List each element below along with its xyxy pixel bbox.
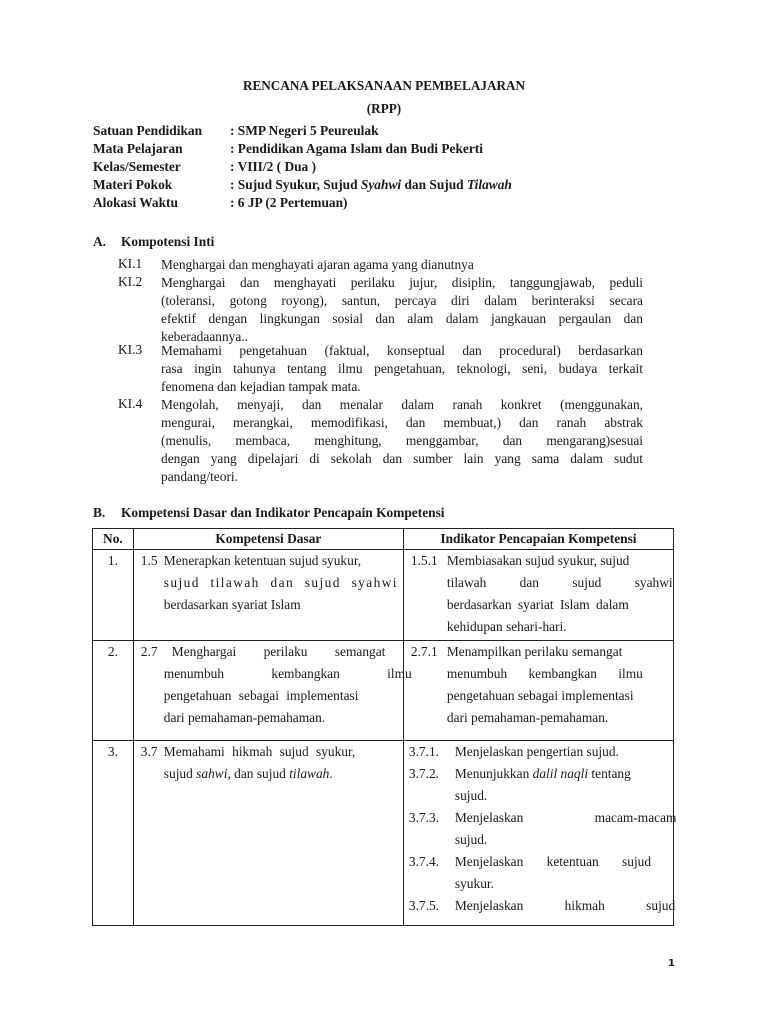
document-title: RENCANA PELAKSANAAN PEMBELAJARAN	[0, 78, 768, 94]
cell-no: 1.	[93, 550, 134, 641]
ki-text: Menghargai dan menghayati perilaku jujur…	[161, 274, 643, 346]
table-row: 3. 3.7 Memahami hikmah sujud syukur, suj…	[93, 741, 674, 926]
table-row: 2. 2.7 Menghargai perilaku semangat menu…	[93, 641, 674, 741]
meta-value-alokasi: : 6 JP (2 Pertemuan)	[230, 195, 348, 211]
cell-kd: 2.7 Menghargai perilaku semangat menumbu…	[133, 641, 403, 741]
ki-label: KI.3	[118, 342, 142, 358]
table-row: 1. 1.5 Menerapkan ketentuan sujud syukur…	[93, 550, 674, 641]
meta-value-satuan: : SMP Negeri 5 Peureulak	[230, 123, 379, 139]
ki-label: KI.2	[118, 274, 142, 290]
page-number: 1	[668, 958, 675, 969]
table-header-row: No. Kompetensi Dasar Indikator Pencapaia…	[93, 529, 674, 550]
cell-no: 3.	[93, 741, 134, 926]
ki-label: KI.4	[118, 396, 142, 412]
cell-indikator: 3.7.1. Menjelaskan pengertian sujud. 3.7…	[403, 741, 673, 926]
cell-indikator: 1.5.1 Membiasakan sujud syukur, sujud ti…	[403, 550, 673, 641]
ki-text: Menghargai dan menghayati ajaran agama y…	[161, 256, 643, 274]
header-indikator: Indikator Pencapaian Kompetensi	[403, 529, 673, 550]
meta-label-satuan: Satuan Pendidikan	[93, 123, 202, 139]
meta-value-mapel: : Pendidikan Agama Islam dan Budi Pekert…	[230, 141, 483, 157]
cell-kd: 3.7 Memahami hikmah sujud syukur, sujud …	[133, 741, 403, 926]
section-b-letter: B.	[93, 505, 105, 521]
cell-indikator: 2.7.1 Menampilkan perilaku semangat menu…	[403, 641, 673, 741]
cell-kd: 1.5 Menerapkan ketentuan sujud syukur, s…	[133, 550, 403, 641]
document-subtitle: (RPP)	[0, 101, 768, 117]
ki-text: Memahami pengetahuan (faktual, konseptua…	[161, 342, 643, 396]
section-a-letter: A.	[93, 234, 106, 250]
meta-value-kelas: : VIII/2 ( Dua )	[230, 159, 316, 175]
cell-no: 2.	[93, 641, 134, 741]
kd-table: No. Kompetensi Dasar Indikator Pencapaia…	[92, 528, 674, 926]
ki-text: Mengolah, menyaji, dan menalar dalam ran…	[161, 396, 643, 486]
meta-label-materi: Materi Pokok	[93, 177, 172, 193]
section-b-title: Kompetensi Dasar dan Indikator Pencapain…	[121, 505, 445, 521]
ki-label: KI.1	[118, 256, 142, 272]
meta-label-mapel: Mata Pelajaran	[93, 141, 183, 157]
meta-label-alokasi: Alokasi Waktu	[93, 195, 178, 211]
header-kd: Kompetensi Dasar	[133, 529, 403, 550]
header-no: No.	[93, 529, 134, 550]
meta-value-materi: : Sujud Syukur, Sujud Syahwi dan Sujud T…	[230, 177, 512, 193]
meta-label-kelas: Kelas/Semester	[93, 159, 181, 175]
section-a-title: Kompotensi Inti	[121, 234, 214, 250]
